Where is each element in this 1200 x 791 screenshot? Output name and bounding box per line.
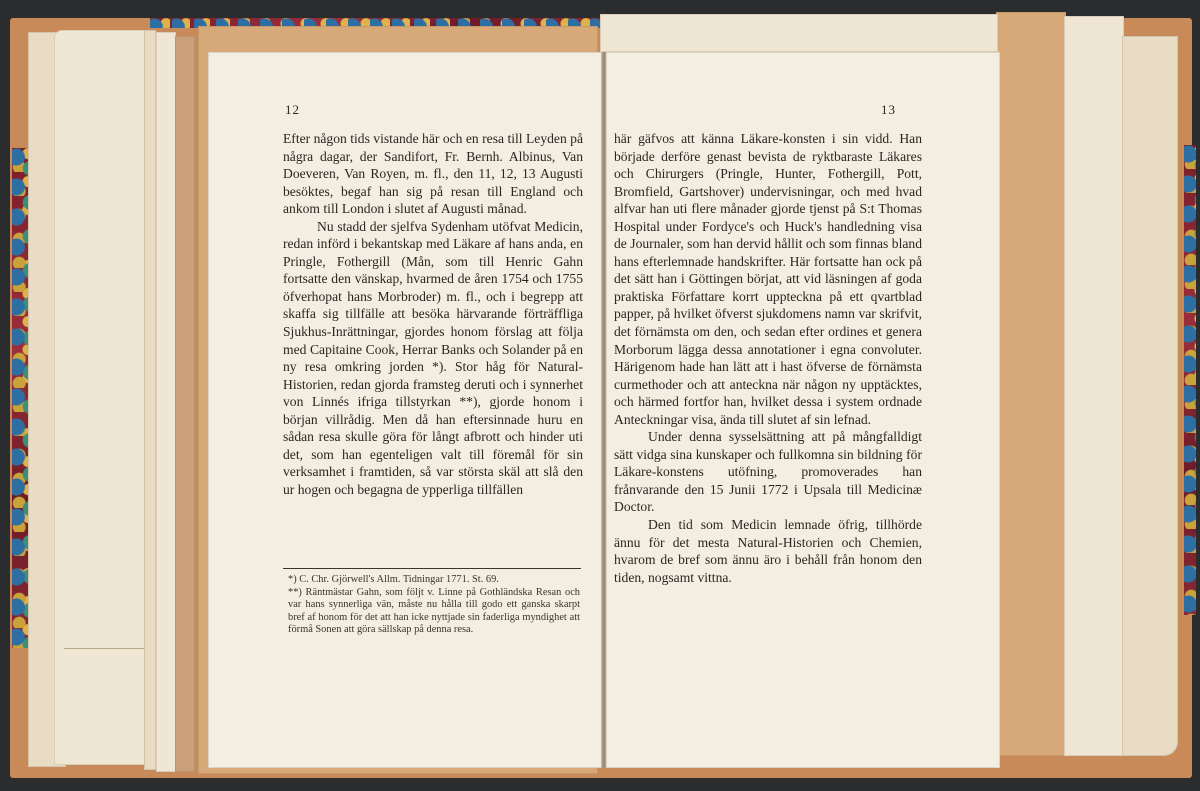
left-leaf-edge <box>144 30 156 770</box>
footnote: **) Räntmästar Gahn, som följt v. Linne … <box>288 587 580 637</box>
footnote: *) C. Chr. Gjörwell's Allm. Tidningar 17… <box>288 574 580 587</box>
insert-fold-line <box>64 648 146 649</box>
footnotes: *) C. Chr. Gjörwell's Allm. Tidningar 17… <box>288 574 580 637</box>
right-kraft-interleaf <box>996 12 1066 756</box>
marbled-endpaper-right <box>1184 145 1196 615</box>
paragraph: Efter någon tids vistande här och en res… <box>283 130 583 218</box>
right-page: 13 här gäfvos att känna Läkare-konsten i… <box>606 52 1000 768</box>
page-number: 12 <box>285 102 300 118</box>
left-kraft-leaf <box>175 36 195 772</box>
right-leaf-edges <box>1064 16 1124 756</box>
right-page-body: här gäfvos att känna Läkare-konsten i si… <box>614 130 922 586</box>
paragraph: Under denna sysselsättning att på mångfa… <box>614 428 922 516</box>
left-page: 12 Efter någon tids vistande här och en … <box>208 52 604 768</box>
paragraph: Den tid som Medicin lemnade öfrig, tillh… <box>614 516 922 586</box>
left-leaf-edge <box>156 32 176 772</box>
right-folded-insert <box>1122 36 1178 756</box>
left-folded-insert <box>54 30 146 765</box>
footnote-rule <box>283 568 581 569</box>
paragraph: Nu stadd der sjelfva Sydenham utöfvat Me… <box>283 218 583 499</box>
left-page-body: Efter någon tids vistande här och en res… <box>283 130 583 498</box>
paragraph: här gäfvos att känna Läkare-konsten i si… <box>614 130 922 428</box>
page-number: 13 <box>881 102 896 118</box>
right-top-leaf <box>600 14 998 52</box>
